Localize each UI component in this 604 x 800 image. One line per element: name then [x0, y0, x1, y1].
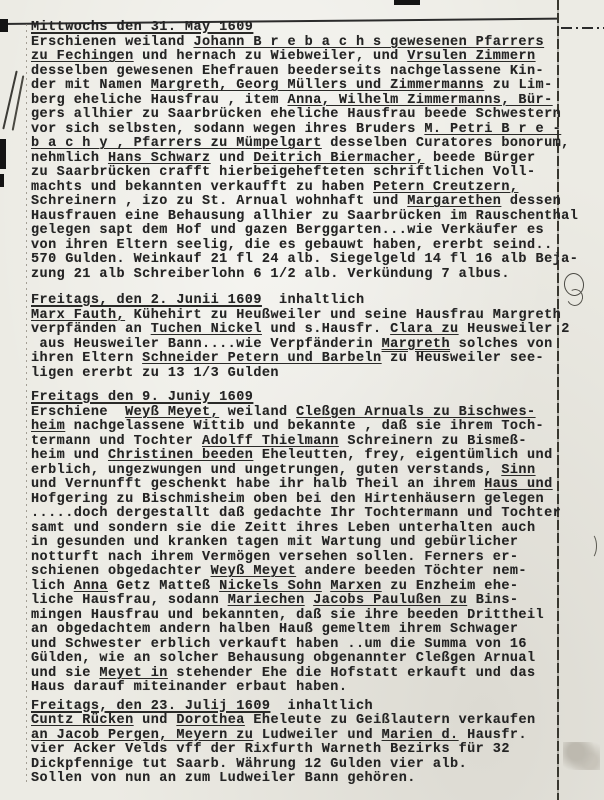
text-segment: und s.Hausfr. [262, 322, 390, 337]
underlined-text: Deitrich Biermacher, [253, 151, 424, 166]
text-segment: Hausfr. [459, 728, 527, 743]
text-segment: und [134, 713, 177, 728]
text-line: Erschiene Weyß Meyet, weiland Cleßgen Ar… [31, 406, 561, 421]
text-segment: an obgedachtem andern halben Hauß gemelt… [31, 622, 518, 637]
underlined-text: Clara zu [390, 322, 458, 337]
text-line: der mit Namen Margreth, Georg Müllers un… [31, 79, 561, 94]
text-segment: und sie [31, 666, 99, 681]
text-line: machts und bekannten verkaufft zu haben … [31, 181, 561, 196]
text-segment: der mit Namen [31, 78, 151, 93]
text-segment: Hausfrauen eine Behausung allhier zu Saa… [31, 209, 578, 224]
text-line: .....doch dergestallt daß gedachte Ihr T… [31, 507, 561, 522]
underlined-text: Nickels Sohn [219, 579, 322, 594]
text-segment: Dickpfennige tut Saarb. Währung 12 Gulde… [31, 757, 467, 772]
text-segment: Heusweiler 2 [459, 322, 570, 337]
left-edge-scan-mark [0, 19, 8, 32]
text-segment: Getz Matteß [108, 579, 219, 594]
underlined-text: b a c h y , Pfarrers zu Mümpelgart [31, 136, 322, 151]
underlined-text: heim [31, 419, 65, 434]
text-line: aus Heusweiler Bann....wie Verpfänderin … [31, 338, 561, 353]
text-segment [305, 593, 314, 608]
text-segment: gelegen sapt dem Hof und gazen Berggarte… [31, 223, 544, 238]
text-line: berg eheliche Hausfrau , item Anna, Wilh… [31, 94, 561, 109]
bottom-right-smudge [563, 742, 600, 770]
text-line: und Schwester erblich verkauft haben ..u… [31, 638, 561, 653]
underlined-text: Mittwochs den 31. May 1609 [31, 20, 253, 35]
top-rule-dashdot-line [561, 27, 604, 29]
entry-heading: Freitags, den 23. Julij 1609 inhaltlich [31, 700, 561, 715]
text-segment: Haus darauf miteinander erbaut haben. [31, 680, 347, 695]
text-line: ligen ererbt zu 13 1/3 Gulden [31, 367, 561, 382]
text-segment: samt und sondern sie die Zeitt ihres Leb… [31, 521, 536, 536]
underlined-text: Margreth, Georg Müllers und Zimmermanns [151, 78, 485, 93]
text-line: Sollen von nun an zum Ludweiler Bann geh… [31, 772, 561, 787]
text-line: heim nachgelassene Wittib und bekannte ,… [31, 420, 561, 435]
text-line: Cuntz Rücken und Dorothea Eheleute zu Ge… [31, 714, 561, 729]
text-line: samt und sondern sie die Zeitt ihres Leb… [31, 522, 561, 537]
text-line: gelegen sapt dem Hof und gazen Berggarte… [31, 224, 561, 239]
entry-heading: Mittwochs den 31. May 1609 [31, 21, 561, 36]
text-segment: vor sich selbsten, sodann wegen ihres Br… [31, 122, 424, 137]
text-segment: Gülden, wie an solcher Behausung obgenan… [31, 651, 536, 666]
underlined-text: Dorothea [176, 713, 244, 728]
text-segment: dessen [501, 194, 561, 209]
text-segment: zu Saarbrücken crafft hierbeigehefteten … [31, 165, 536, 180]
text-line: 570 Gulden. Weinkauf 21 fl 24 alb. Siege… [31, 253, 561, 268]
text-line: an Jacob Pergen, Meyern zu Ludweiler und… [31, 729, 561, 744]
text-line: und Vernunfft geschenkt habe ihr halb Th… [31, 478, 561, 493]
pen-arc-mark [584, 533, 597, 559]
underlined-text: Anna [74, 579, 108, 594]
underlined-text: Adolff Thielmann [202, 434, 339, 449]
underlined-text: Freitags, den 2. Junii 1609 [31, 293, 262, 308]
underlined-text: Anna, Wilhelm Zimmermanns, Bür- [288, 93, 553, 108]
text-segment: Erschiene [31, 405, 125, 420]
text-segment: andere beeden Töchter nem- [296, 564, 527, 579]
text-line: vor sich selbsten, sodann wegen ihres Br… [31, 123, 561, 138]
underlined-text: Johann B r e b a c h s gewesenen Pfarrer… [193, 35, 544, 50]
underlined-text: Jacobs Paulußen zu [313, 593, 467, 608]
underlined-text: Hans Schwarz [108, 151, 211, 166]
text-line: gers allhier zu Saarbrücken eheliche Hau… [31, 108, 561, 123]
text-segment: Schreinern zu Bismeß- [339, 434, 527, 449]
underlined-text: zu Fechingen [31, 49, 134, 64]
text-line: lich Anna Getz Matteß Nickels Sohn Marxe… [31, 580, 561, 595]
underlined-text: Petern Creutzern, [373, 180, 518, 195]
text-segment: mingen Hausfrau und bekannten, daß sie i… [31, 608, 544, 623]
text-segment: Sollen von nun an zum Ludweiler Bann geh… [31, 771, 416, 786]
text-segment: erblich, ungezwungen und ungetrungen, gu… [31, 463, 501, 478]
underlined-text: an Jacob Pergen, Meyern zu [31, 728, 253, 743]
text-segment: nehmlich [31, 151, 108, 166]
underlined-text: Freitags den 9. Juniy 1609 [31, 390, 253, 405]
underlined-text: Mariechen [228, 593, 305, 608]
underlined-text: Haus und [484, 477, 552, 492]
text-line: verpfänden an Tuchen Nickel und s.Hausfr… [31, 323, 561, 338]
text-segment: gers allhier zu Saarbrücken eheliche Hau… [31, 107, 561, 122]
text-segment: zu Lim- [484, 78, 552, 93]
text-segment: und [211, 151, 254, 166]
text-segment: desselben gewesenen Ehefrauen beederseit… [31, 64, 544, 79]
text-line: und sie Meyet in stehender Ehe die Hofst… [31, 667, 561, 682]
underlined-text: Tuchen Nickel [151, 322, 262, 337]
text-line: desselben gewesenen Ehefrauen beederseit… [31, 65, 561, 80]
text-segment: solches von [450, 337, 553, 352]
text-line: Gülden, wie an solcher Behausung obgenan… [31, 652, 561, 667]
underlined-text: M. Petri B r e - [424, 122, 561, 137]
text-segment: verpfänden an [31, 322, 151, 337]
text-segment: zung 21 alb Schreiberlohn 6 1/2 alb. Ver… [31, 267, 510, 282]
text-segment: .....doch dergestallt daß gedachte Ihr T… [31, 506, 561, 521]
text-segment: vier Acker Velds vff der Rixfurth Warnet… [31, 742, 510, 757]
left-edge-scan-mark [0, 174, 4, 187]
text-segment: weiland [219, 405, 296, 420]
text-segment: und Vernunfft geschenkt habe ihr halb Th… [31, 477, 484, 492]
text-line: mingen Hausfrau und bekannten, daß sie i… [31, 609, 561, 624]
top-edge-scan-mark [394, 0, 420, 5]
text-line: zung 21 alb Schreiberlohn 6 1/2 alb. Ver… [31, 268, 561, 283]
underlined-text: Vrsulen Zimmern [407, 49, 535, 64]
underlined-text: Cleßgen Arnuals zu Bischwes- [296, 405, 535, 420]
underlined-text: Freitags, den 23. Julij 1609 [31, 699, 270, 714]
text-line: Erschienen weiland Johann B r e b a c h … [31, 36, 561, 51]
text-line: notturft nach ihrem Vermögen versehen so… [31, 551, 561, 566]
text-line: schienen obgedachter Weyß Meyet andere b… [31, 565, 561, 580]
text-segment: heim und [31, 448, 108, 463]
text-line: erblich, ungezwungen und ungetrungen, gu… [31, 464, 561, 479]
text-segment: beede Bürger [424, 151, 535, 166]
text-line: Haus darauf miteinander erbaut haben. [31, 681, 561, 696]
text-segment: inhaltlich [262, 293, 365, 308]
protocol-entry: Mittwochs den 31. May 1609Erschienen wei… [31, 21, 561, 282]
text-segment: notturft nach ihrem Vermögen versehen so… [31, 550, 518, 565]
protocol-entry: Freitags, den 23. Julij 1609 inhaltlichC… [31, 700, 561, 787]
entry-heading: Freitags, den 2. Junii 1609 inhaltlich [31, 294, 561, 309]
text-line: Hofgering zu Bischmisheim oben bei den H… [31, 493, 561, 508]
underlined-text: Margreth [382, 337, 450, 352]
text-segment: schienen obgedachter [31, 564, 211, 579]
underlined-text: Marien d. [382, 728, 459, 743]
text-segment: Eheleutten, frey, eigentümlich und [253, 448, 552, 463]
text-segment: Eheleute zu Geißlautern verkaufen [245, 713, 536, 728]
text-segment: inhaltlich [270, 699, 373, 714]
text-segment: nachgelassene Wittib und bekannte , daß … [65, 419, 544, 434]
document-body: Mittwochs den 31. May 1609Erschienen wei… [31, 21, 561, 787]
text-segment: machts und bekannten verkaufft zu haben [31, 180, 373, 195]
text-segment: lich [31, 579, 74, 594]
text-line: b a c h y , Pfarrers zu Mümpelgart desse… [31, 137, 561, 152]
text-line: zu Fechingen und hernach zu Wiebweiler, … [31, 50, 561, 65]
text-segment: aus Heusweiler Bann....wie Verpfänderin [31, 337, 382, 352]
underlined-text: Marxen [330, 579, 381, 594]
text-segment: 570 Gulden. Weinkauf 21 fl 24 alb. Siege… [31, 252, 578, 267]
underlined-text: Weyß Meyet, [125, 405, 219, 420]
text-segment: ihren Eltern [31, 351, 142, 366]
underlined-text: Schneider Petern und Barbeln [142, 351, 381, 366]
text-segment: Schreinern , izo zu St. Arnual wohnhaft … [31, 194, 407, 209]
protocol-entry: Freitags, den 2. Junii 1609 inhaltlichMa… [31, 294, 561, 381]
text-segment: stehender Ehe die Hofstatt erkauft und d… [168, 666, 536, 681]
text-segment: Erschienen weiland [31, 35, 193, 50]
text-line: ihren Eltern Schneider Petern und Barbel… [31, 352, 561, 367]
text-segment: berg eheliche Hausfrau , item [31, 93, 288, 108]
text-segment: und hernach zu Wiebweiler, und [134, 49, 408, 64]
underlined-text: Marx Fauth, [31, 308, 125, 323]
text-line: zu Saarbrücken crafft hierbeigehefteten … [31, 166, 561, 181]
text-line: Marx Fauth, Kühehirt zu Heußweiler und s… [31, 309, 561, 324]
text-segment: zu Enzheim ehe- [382, 579, 519, 594]
text-segment: Kühehirt zu Heußweiler und seine Hausfra… [125, 308, 561, 323]
text-segment: zu Heusweiler see- [382, 351, 544, 366]
text-segment: desselben Curatores bonorum, [322, 136, 570, 151]
left-edge-scan-mark [0, 139, 6, 169]
text-segment: Ludweiler und [253, 728, 381, 743]
text-line: heim und Christinen beeden Eheleutten, f… [31, 449, 561, 464]
text-segment: liche Hausfrau, sodann [31, 593, 228, 608]
text-segment: und Schwester erblich verkauft haben ..u… [31, 637, 527, 652]
text-line: in gesunden und kranken tagen mit Wartun… [31, 536, 561, 551]
text-line: an obgedachtem andern halben Hauß gemelt… [31, 623, 561, 638]
text-segment: von ihren Eltern seelig, die es gebauwt … [31, 238, 553, 253]
underlined-text: Cuntz Rücken [31, 713, 134, 728]
text-line: von ihren Eltern seelig, die es gebauwt … [31, 239, 561, 254]
text-line: Dickpfennige tut Saarb. Währung 12 Gulde… [31, 758, 561, 773]
text-line: vier Acker Velds vff der Rixfurth Warnet… [31, 743, 561, 758]
text-segment: termann und Tochter [31, 434, 202, 449]
text-line: Hausfrauen eine Behausung allhier zu Saa… [31, 210, 561, 225]
text-line: termann und Tochter Adolff Thielmann Sch… [31, 435, 561, 450]
underlined-text: Christinen beeden [108, 448, 253, 463]
text-line: nehmlich Hans Schwarz und Deitrich Bierm… [31, 152, 561, 167]
underlined-text: Meyet in [99, 666, 167, 681]
text-line: liche Hausfrau, sodann Mariechen Jacobs … [31, 594, 561, 609]
underlined-text: Margarethen [407, 194, 501, 209]
text-segment: ligen ererbt zu 13 1/3 Gulden [31, 366, 279, 381]
text-segment: Bins- [467, 593, 518, 608]
protocol-entry: Freitags den 9. Juniy 1609Erschiene Weyß… [31, 391, 561, 696]
text-segment: Hofgering zu Bischmisheim oben bei den H… [31, 492, 544, 507]
text-line: Schreinern , izo zu St. Arnual wohnhaft … [31, 195, 561, 210]
text-segment: in gesunden und kranken tagen mit Wartun… [31, 535, 518, 550]
left-margin-dotted-line [26, 24, 27, 784]
entry-heading: Freitags den 9. Juniy 1609 [31, 391, 561, 406]
underlined-text: Weyß Meyet [211, 564, 297, 579]
underlined-text: Sinn [501, 463, 535, 478]
